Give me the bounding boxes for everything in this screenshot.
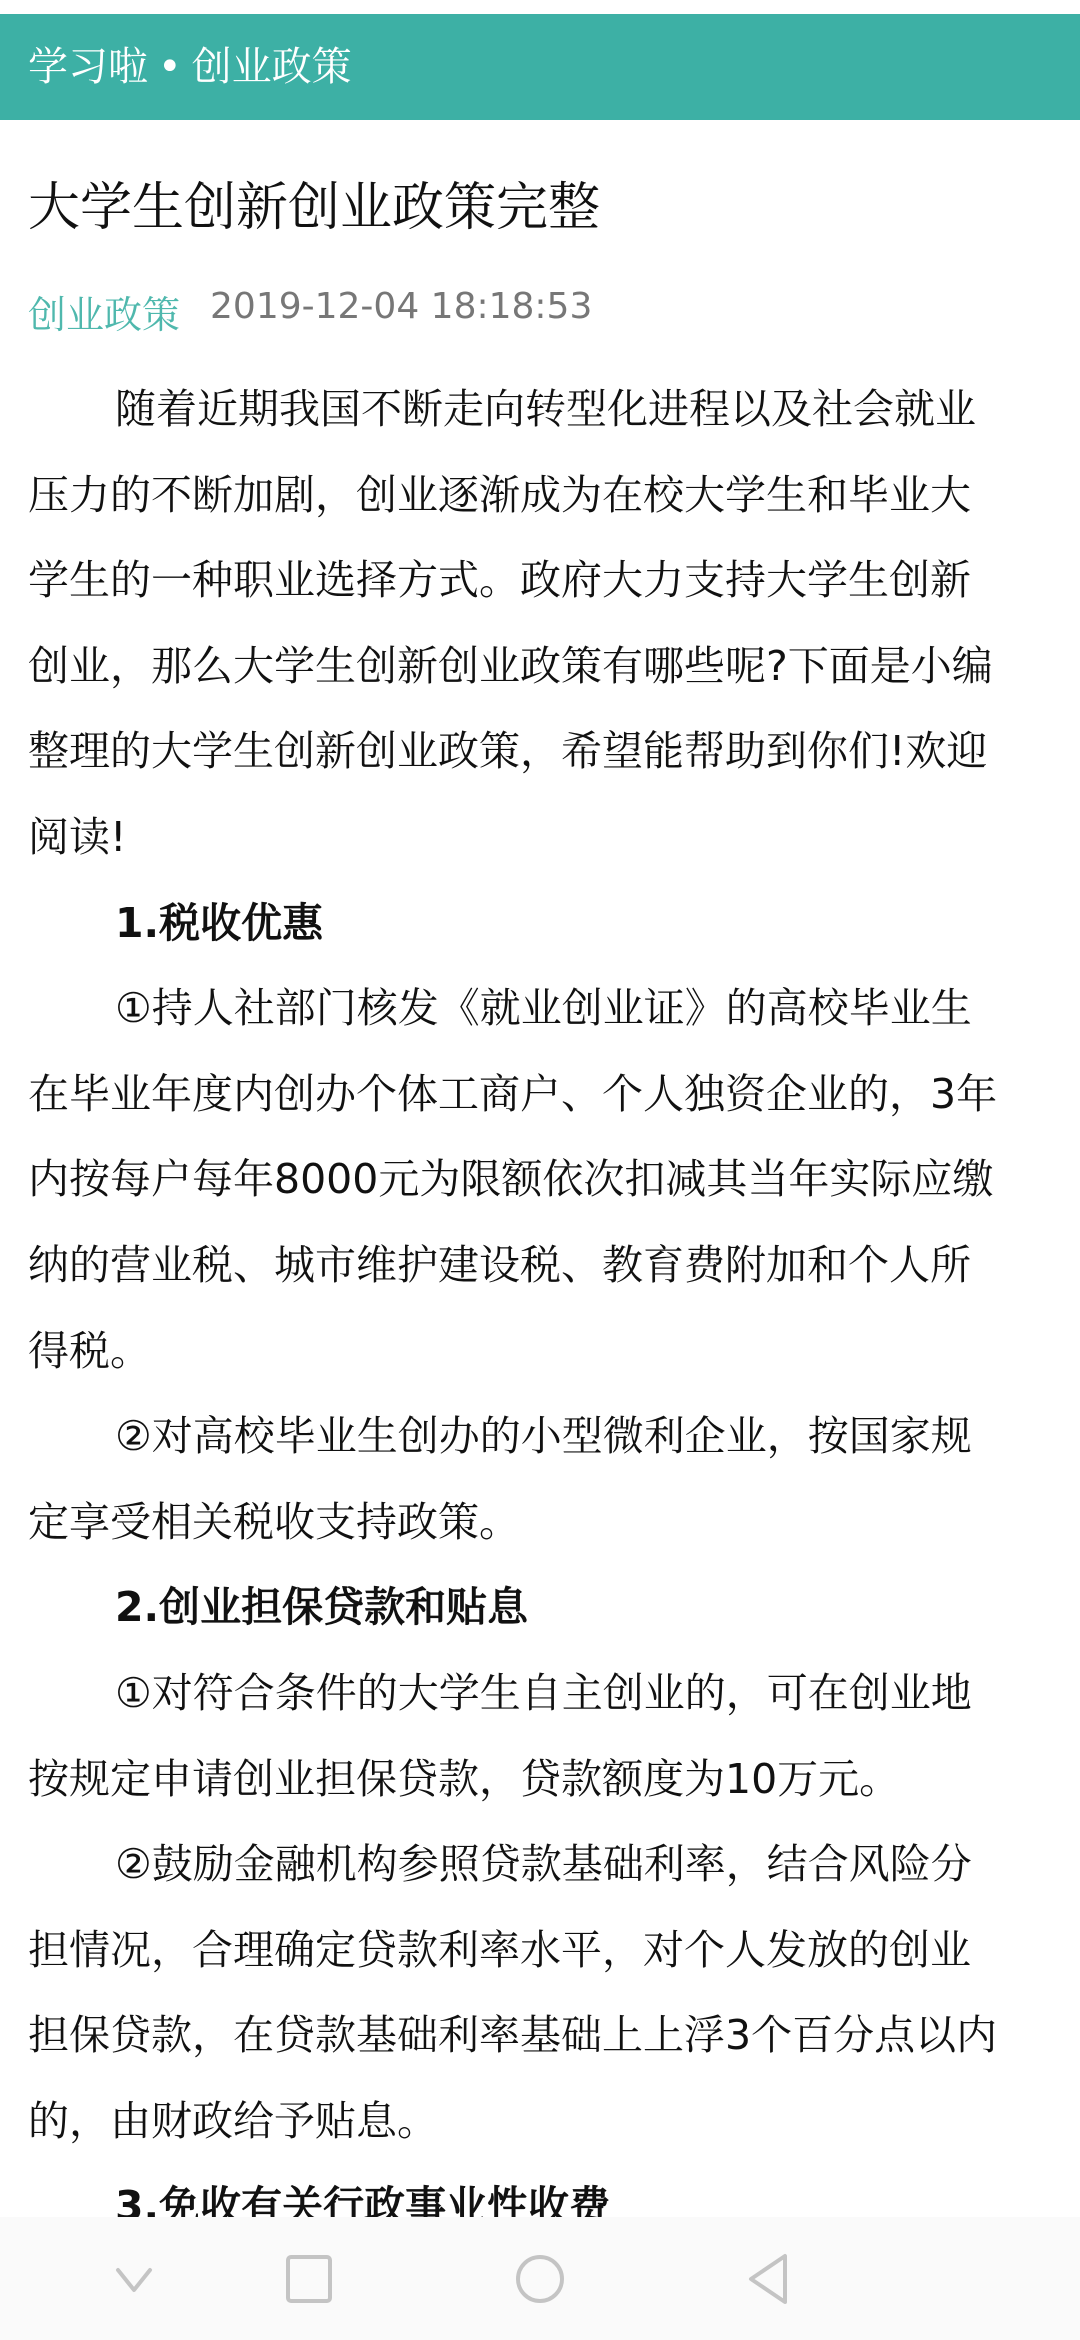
- site-name[interactable]: 学习啦: [28, 47, 148, 87]
- home-button[interactable]: [505, 2247, 575, 2311]
- article-title: 大学生创新创业政策完整: [28, 168, 600, 248]
- paragraph-line: 压力的不断加剧，创业逐渐成为在校大学生和毕业大: [28, 453, 1068, 539]
- paragraph-line: 得税。: [28, 1309, 1068, 1395]
- system-nav-bar: [0, 2217, 1080, 2340]
- paragraph-line: 纳的营业税、城市维护建设税、教育费附加和个人所: [28, 1223, 1068, 1309]
- paragraph-line: 按规定申请创业担保贷款，贷款额度为10万元。: [28, 1737, 1068, 1823]
- chevron-down-icon: [114, 2264, 154, 2294]
- triangle-back-icon: [745, 2252, 791, 2306]
- section-heading: 1.税收优惠: [28, 881, 1068, 967]
- paragraph-line: 担保贷款，在贷款基础利率基础上上浮3个百分点以内: [28, 1993, 1068, 2079]
- paragraph-line: 的，由财政给予贴息。: [28, 2079, 1068, 2165]
- app-header: 学习啦 • 创业政策: [0, 14, 1080, 120]
- publish-date: 2019-12-04 18:18:53: [210, 289, 592, 325]
- paragraph-line: 内按每户每年8000元为限额依次扣减其当年实际应缴: [28, 1137, 1068, 1223]
- article-meta: 创业政策 2019-12-04 18:18:53: [28, 282, 592, 338]
- square-icon: [285, 2254, 333, 2304]
- paragraph-line: ①持人社部门核发《就业创业证》的高校毕业生: [28, 966, 1068, 1052]
- circle-icon: [514, 2253, 566, 2305]
- paragraph-line: 创业，那么大学生创新创业政策有哪些呢?下面是小编: [28, 624, 1068, 710]
- paragraph-line: ②鼓励金融机构参照贷款基础利率，结合风险分: [28, 1822, 1068, 1908]
- section-heading: 2.创业担保贷款和贴息: [28, 1565, 1068, 1651]
- paragraph-line: 定享受相关税收支持政策。: [28, 1480, 1068, 1566]
- paragraph-line: ②对高校毕业生创办的小型微利企业，按国家规: [28, 1394, 1068, 1480]
- paragraph-line: 阅读!: [28, 795, 1068, 881]
- category-link[interactable]: 创业政策: [28, 296, 180, 334]
- back-button[interactable]: [733, 2247, 803, 2311]
- paragraph-line: 整理的大学生创新创业政策，希望能帮助到你们!欢迎: [28, 709, 1068, 795]
- paragraph-line: 学生的一种职业选择方式。政府大力支持大学生创新: [28, 538, 1068, 624]
- article-body: 随着近期我国不断走向转型化进程以及社会就业 压力的不断加剧，创业逐渐成为在校大学…: [28, 367, 1068, 2250]
- section-name[interactable]: 创业政策: [192, 47, 352, 87]
- paragraph-line: 担情况，合理确定贷款利率水平，对个人发放的创业: [28, 1908, 1068, 1994]
- hide-nav-button[interactable]: [99, 2247, 169, 2311]
- paragraph-line: 在毕业年度内创办个体工商户、个人独资企业的，3年: [28, 1052, 1068, 1138]
- paragraph-line: ①对符合条件的大学生自主创业的，可在创业地: [28, 1651, 1068, 1737]
- recents-button[interactable]: [274, 2247, 344, 2311]
- status-bar-area: [0, 0, 1080, 14]
- paragraph-line: 随着近期我国不断走向转型化进程以及社会就业: [28, 367, 1068, 453]
- header-separator: •: [158, 47, 182, 87]
